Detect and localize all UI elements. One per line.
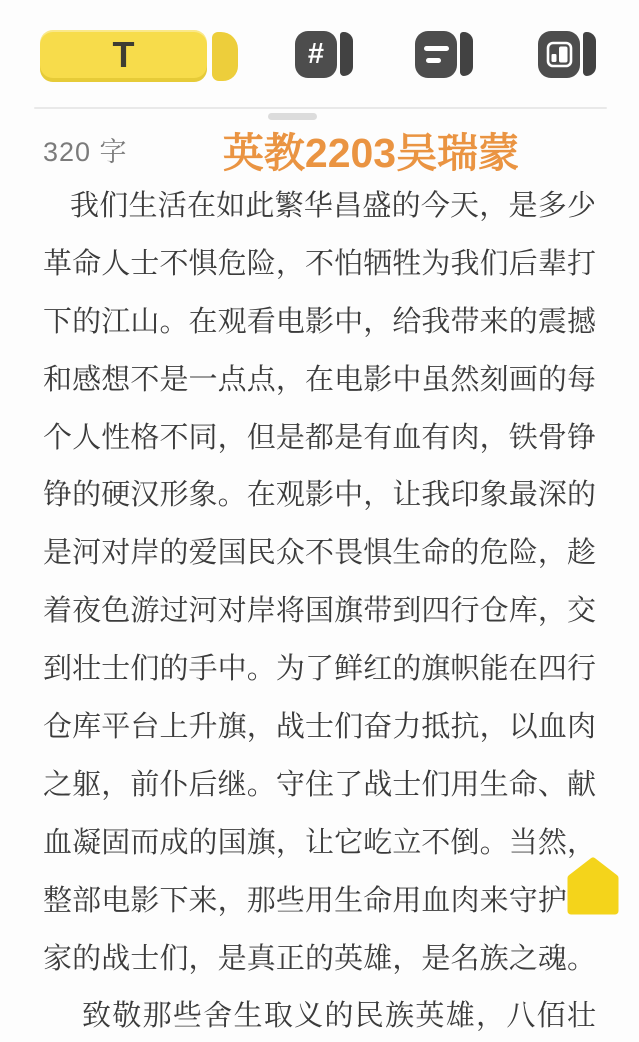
hashtag-button[interactable]: # bbox=[295, 31, 353, 78]
text-line[interactable]: 致敬那些舍生取义的民族英雄，八佰壮 bbox=[43, 988, 596, 1042]
word-count-label: 320 字 bbox=[43, 130, 161, 169]
note-header-row: 320 字 英教2203吴瑞蒙 bbox=[0, 122, 639, 176]
text-line[interactable]: 个人性格不同，但是都是有血有肉，铁骨铮 bbox=[43, 410, 596, 468]
text-line[interactable]: 到壮士们的手中。为了鲜红的旗帜能在四行 bbox=[43, 641, 596, 699]
text-line[interactable]: 血凝固而成的国旗，让它屹立不倒。当然， bbox=[43, 815, 596, 873]
hashtag-icon: # bbox=[308, 40, 324, 69]
text-line[interactable]: 仓库平台上升旗，战士们奋力抵抗，以血肉 bbox=[43, 699, 596, 757]
text-line[interactable]: 着夜色游过河对岸将国旗带到四行仓库，交 bbox=[43, 583, 596, 641]
format-lines-button[interactable] bbox=[415, 31, 473, 78]
notes-app-screen: { "toolbar": { "text_button_label": "T",… bbox=[0, 0, 639, 1042]
text-line[interactable]: 之躯，前仆后继。守住了战士们用生命、献 bbox=[43, 757, 596, 815]
text-line[interactable]: 我们生活在如此繁华昌盛的今天，是多少 bbox=[43, 178, 596, 236]
editor-toolbar: T # bbox=[0, 0, 639, 105]
text-line[interactable]: 革命人士不惧危险，不怕牺牲为我们后辈打 bbox=[43, 236, 596, 294]
text-line[interactable]: 下的江山。在观看电影中，给我带来的震撼 bbox=[43, 294, 596, 352]
format-lines-icon bbox=[424, 46, 449, 63]
note-body[interactable]: 我们生活在如此繁华昌盛的今天，是多少革命人士不惧危险，不怕牺牲为我们后辈打下的江… bbox=[43, 178, 596, 1042]
layout-template-icon bbox=[546, 41, 573, 68]
text-style-button-side bbox=[212, 32, 238, 81]
text-line[interactable]: 和感想不是一点点，在电影中虽然刻画的每 bbox=[43, 352, 596, 410]
text-line[interactable]: 整部电影下来，那些用生命用血肉来守护国 bbox=[43, 873, 596, 931]
toolbar-divider bbox=[34, 107, 607, 109]
note-title[interactable]: 英教2203吴瑞蒙 bbox=[161, 120, 581, 179]
text-line[interactable]: 是河对岸的爱国民众不畏惧生命的危险，趁 bbox=[43, 525, 596, 583]
text-style-icon: T bbox=[113, 37, 135, 75]
text-line[interactable]: 家的战士们，是真正的英雄，是名族之魂。 bbox=[43, 931, 596, 989]
layout-template-button[interactable] bbox=[538, 31, 596, 78]
scroll-handle[interactable] bbox=[567, 857, 619, 915]
text-style-button[interactable]: T bbox=[40, 30, 238, 82]
text-line[interactable]: 铮的硬汉形象。在观影中，让我印象最深的 bbox=[43, 467, 596, 525]
